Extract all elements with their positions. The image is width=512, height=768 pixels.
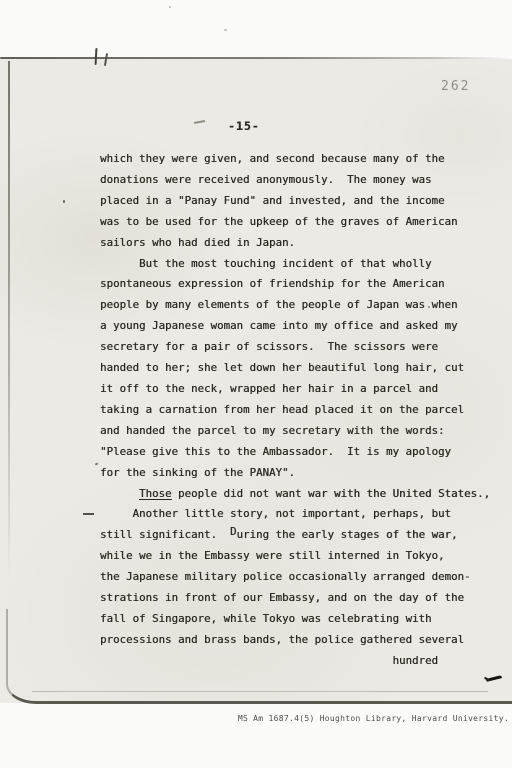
- text-line: the Japanese military police occasionall…: [100, 567, 495, 588]
- line-text: spontaneous expression of friendship for…: [100, 277, 445, 290]
- line-text: handed to her; she let down her beautifu…: [100, 361, 464, 374]
- text-line: fall of Singapore, while Tokyo was celeb…: [100, 609, 495, 630]
- line-text: taking a carnation from her head placed …: [100, 403, 464, 416]
- line-text: which they were given, and second becaus…: [100, 152, 445, 165]
- line-text: and handed the parcel to my secretary wi…: [100, 424, 445, 437]
- text-line: which they were given, and second becaus…: [100, 149, 495, 170]
- line-text: donations were received anonymously. The…: [100, 173, 432, 186]
- margin-dash-mark: [83, 513, 94, 515]
- scan-sequence-number: 262: [441, 79, 470, 94]
- text-line: for the sinking of the PANAY".: [100, 463, 495, 484]
- line-text: hundred: [100, 654, 438, 667]
- line-text: it off to the neck, wrapped her hair in …: [100, 382, 438, 395]
- line-text: "Please give this to the Ambassador. It …: [100, 445, 451, 458]
- page-top-edge: [0, 57, 512, 59]
- pencil-dash-mark: [194, 120, 205, 123]
- paper-speck: [95, 463, 99, 466]
- text-line: spontaneous expression of friendship for…: [100, 274, 495, 295]
- archive-caption: MS Am 1687.4(5) Houghton Library, Harvar…: [238, 714, 509, 723]
- pen-mark: [104, 53, 108, 66]
- text-line: "Please give this to the Ambassador. It …: [100, 442, 495, 463]
- text-line: sailors who had died in Japan.: [100, 233, 495, 254]
- line-text: placed in a "Panay Fund" and invested, a…: [100, 194, 445, 207]
- line-text: fall of Singapore, while Tokyo was celeb…: [100, 612, 432, 625]
- line-text: sailors who had died in Japan.: [100, 236, 295, 249]
- line-text: But the most touching incident of that w…: [100, 257, 432, 270]
- text-line: it off to the neck, wrapped her hair in …: [100, 379, 495, 400]
- text-line: handed to her; she let down her beautifu…: [100, 358, 495, 379]
- paper-speck: [224, 29, 227, 31]
- page-crease: [32, 691, 488, 692]
- raised-character: D: [230, 525, 237, 538]
- text-line: processions and brass bands, the police …: [100, 630, 495, 651]
- text-line: and handed the parcel to my secretary wi…: [100, 421, 495, 442]
- page-left-edge: [8, 61, 10, 576]
- line-text: for the sinking of the PANAY".: [100, 466, 295, 479]
- line-text: people did not want war with the United …: [172, 487, 491, 500]
- text-line: Those people did not want war with the U…: [100, 484, 495, 505]
- line-text: uring the early stages of the war,: [237, 528, 458, 541]
- text-line: people by many elements of the people of…: [100, 295, 495, 316]
- typewritten-text: which they were given, and second becaus…: [100, 149, 495, 672]
- line-text: [100, 487, 139, 500]
- line-text: secretary for a pair of scissors. The sc…: [100, 340, 438, 353]
- paper-speck: [169, 6, 171, 8]
- line-text: people by many elements of the people of…: [100, 298, 458, 311]
- line-text: Another little story, not important, per…: [100, 507, 451, 520]
- text-line: hundred: [100, 651, 495, 672]
- underlined-word: Those: [139, 487, 172, 500]
- line-text: processions and brass bands, the police …: [100, 633, 464, 646]
- text-line: a young Japanese woman came into my offi…: [100, 316, 495, 337]
- text-line: placed in a "Panay Fund" and invested, a…: [100, 191, 495, 212]
- line-text: a young Japanese woman came into my offi…: [100, 319, 458, 332]
- typed-page-number: -15-: [228, 119, 260, 133]
- text-line: secretary for a pair of scissors. The sc…: [100, 337, 495, 358]
- line-text: was to be used for the upkeep of the gra…: [100, 215, 458, 228]
- text-line: strations in front of our Embassy, and o…: [100, 588, 495, 609]
- pen-mark: [95, 48, 98, 65]
- scanned-page: 262 -15- which they were given, and seco…: [0, 59, 512, 703]
- paper-speck: [63, 200, 65, 203]
- text-line: Another little story, not important, per…: [100, 504, 495, 525]
- text-line: donations were received anonymously. The…: [100, 170, 495, 191]
- text-line: while we in the Embassy were still inter…: [100, 546, 495, 567]
- line-text: the Japanese military police occasionall…: [100, 570, 471, 583]
- text-line: taking a carnation from her head placed …: [100, 400, 495, 421]
- text-line: still significant. During the early stag…: [100, 525, 495, 546]
- line-text: still significant.: [100, 528, 230, 541]
- text-line: But the most touching incident of that w…: [100, 254, 495, 275]
- text-line: was to be used for the upkeep of the gra…: [100, 212, 495, 233]
- line-text: strations in front of our Embassy, and o…: [100, 591, 464, 604]
- line-text: while we in the Embassy were still inter…: [100, 549, 445, 562]
